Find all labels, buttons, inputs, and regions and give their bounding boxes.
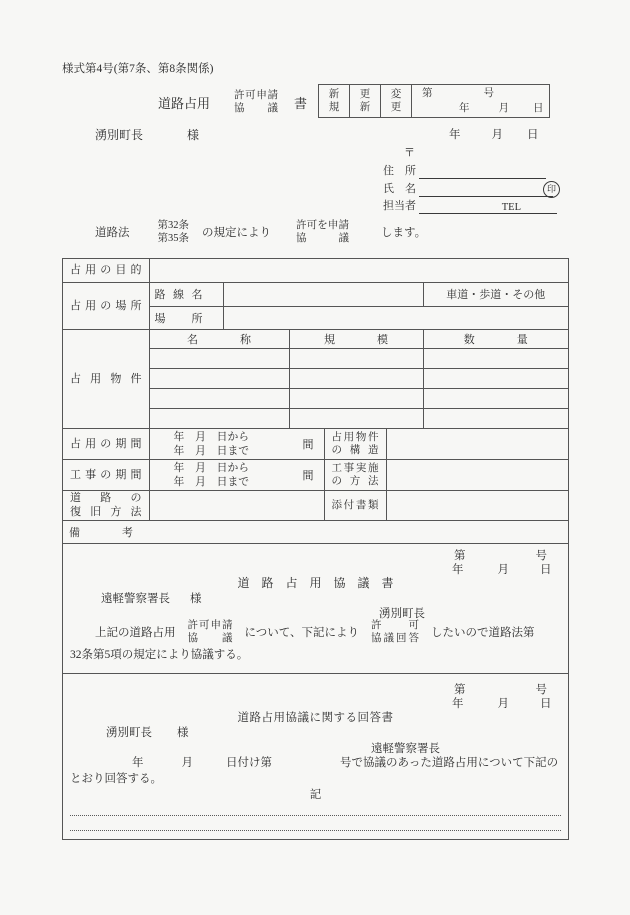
reply-section: 第号 年月日 道路占用協議に関する回答書 湧別町長様 遠軽警察署長 年月日付け第…: [63, 673, 568, 839]
structure-label-2: の構造: [325, 444, 386, 457]
structure-value-cell: [386, 428, 568, 459]
ki-heading: 記: [63, 786, 568, 802]
address-label: 住 所: [383, 164, 416, 179]
doc-year: 年: [459, 103, 470, 114]
sent-year: 年: [132, 757, 144, 769]
structure-label-cell: 占用物件の構造: [324, 428, 386, 459]
items-label-cell: 占用物件: [63, 329, 149, 428]
date-year-label: 年: [449, 129, 461, 141]
dotted-line: [70, 815, 561, 816]
date-month-label: 月: [492, 129, 504, 141]
declaration-suffix: します。: [381, 224, 426, 240]
consultation-sentence-wrap: 32条第5項の規定により協議する。: [70, 646, 248, 662]
document-page: 様式第4号(第7条、第8条関係) 道路占用 許可申請 協議 書 新規 更新 変更…: [0, 0, 630, 915]
main-form-box: 占用の目的 占用の場所 路線名 車道・歩道・その他 場所 占用物件 名称 規模 …: [62, 258, 569, 840]
stack1-top: 許可申請: [188, 619, 233, 632]
occupy-period-row: 占用の期間 年 月 日から年 月 日まで間 占用物件の構造: [63, 428, 568, 459]
police-chief-name: 遠軽警察署長: [101, 593, 170, 605]
reply-title: 道路占用協議に関する回答書: [63, 709, 568, 725]
item-qty-cell: [423, 348, 568, 368]
purpose-value-cell: [149, 259, 568, 282]
spot-label-cell: 場所: [149, 306, 223, 329]
mayor-honorific: 様: [177, 727, 189, 739]
doc-no-suffix: 号: [484, 88, 495, 99]
item-qty-cell: [423, 368, 568, 388]
attachments-value-cell: [386, 490, 568, 520]
stack1-bottom: 協議: [188, 632, 233, 645]
item-name-cell: [149, 348, 289, 368]
title-stack-top: 許可申請: [234, 89, 278, 102]
status-option-renew: 更新: [350, 85, 381, 117]
legal-declaration: 道路法 第32条 第35条 の規定により 許可を申請 協議 します。: [95, 218, 426, 246]
route-row: 占用の場所 路線名 車道・歩道・その他: [63, 282, 568, 306]
date-to: 年 月 日まで: [174, 475, 250, 489]
spot-label: 場所: [155, 310, 203, 326]
sentence-seg1: 上記の道路占用: [95, 624, 176, 640]
structure-label-1: 占用物件: [325, 431, 386, 444]
document-title: 道路占用 許可申請 協議 書: [158, 86, 307, 118]
stack2-bottom: 協議回答: [371, 632, 419, 645]
col-scale-header: 規模: [289, 329, 423, 348]
application-date-line: 年月日: [449, 126, 539, 142]
occupy-period-label-cell: 占用の期間: [63, 428, 149, 459]
name-label: 氏 名: [383, 182, 416, 197]
purpose-row: 占用の目的: [63, 259, 568, 282]
attachments-label: 添付書類: [325, 499, 386, 512]
route-label: 路線名: [155, 286, 203, 302]
application-type-box: 新規 更新 変更 第号 年月日: [318, 84, 550, 118]
status-option-new-label: 新規: [328, 88, 340, 114]
police-chief-line: 遠軽警察署長様: [101, 590, 202, 606]
law-name: 道路法: [95, 224, 130, 240]
item-qty-cell: [423, 408, 568, 428]
title-stack-bottom: 協議: [234, 102, 278, 115]
article-32: 第32条: [158, 219, 190, 232]
restore-row: 道路の復旧方法 添付書類: [63, 490, 568, 520]
addressee-name: 湧別町長: [95, 128, 143, 142]
place-label-cell: 占用の場所: [63, 282, 149, 329]
seal-icon: 印: [543, 181, 560, 198]
date-from: 年 月 日から: [174, 461, 250, 475]
staff-field: TEL: [419, 198, 557, 214]
permit-reply-stack: 許可 協議回答: [371, 619, 419, 645]
staff-label: 担当者: [383, 199, 416, 214]
sent-day-part: 日付け第: [226, 757, 272, 769]
item-name-cell: [149, 408, 289, 428]
article-35: 第35条: [158, 232, 190, 245]
route-value-cell: [223, 282, 423, 306]
restore-label-2: 復旧方法: [63, 505, 149, 519]
status-option-change-label: 変更: [390, 88, 402, 114]
restore-label-1: 道路の: [63, 491, 149, 505]
remarks-row: 備考: [63, 520, 568, 543]
action-consult: 協議: [296, 232, 349, 245]
sentence-seg3: したいので道路法第: [431, 624, 535, 640]
mayor-name: 湧別町長: [106, 727, 152, 739]
doc-month: 月: [499, 103, 510, 114]
consultation-title: 道路占用協議書: [63, 574, 568, 591]
item-qty-cell: [423, 388, 568, 408]
item-scale-cell: [289, 388, 423, 408]
col-name-header: 名称: [149, 329, 289, 348]
status-option-renew-label: 更新: [359, 88, 371, 114]
sent-month: 月: [182, 757, 194, 769]
title-suffix: 書: [294, 93, 307, 112]
police-chief-honorific: 様: [190, 593, 202, 605]
duration-label: 間: [303, 467, 314, 483]
stack2-top: 許可: [371, 619, 419, 632]
restore-value-cell: [149, 490, 324, 520]
document-number-cell: 第号 年月日: [412, 85, 549, 117]
items-header-row: 占用物件 名称 規模 数量: [63, 329, 568, 348]
restore-label-cell: 道路の復旧方法: [63, 490, 149, 520]
work-period-row: 工事の期間 年 月 日から年 月 日まで間 工事実施の方法: [63, 459, 568, 490]
mayor-addressee-line: 湧別町長様: [106, 724, 189, 740]
item-name-cell: [149, 368, 289, 388]
main-form-table: 占用の目的 占用の場所 路線名 車道・歩道・その他 場所 占用物件 名称 規模 …: [63, 259, 568, 543]
dotted-line: [70, 830, 561, 831]
doc-no-prefix: 第: [422, 88, 433, 99]
date-day-label: 日: [527, 129, 539, 141]
method-label-1: 工事実施: [325, 462, 386, 475]
remarks-label: 備考: [69, 524, 133, 540]
duration-label: 間: [303, 436, 314, 452]
status-option-change: 変更: [381, 85, 412, 117]
work-period-date-cell: 年 月 日から年 月 日まで間: [149, 459, 324, 490]
items-label: 占用物件: [63, 372, 149, 386]
permit-consult-stack: 許可申請 協議: [188, 619, 233, 645]
attachments-label-cell: 添付書類: [324, 490, 386, 520]
name-field: 印: [419, 181, 553, 197]
work-period-label: 工事の期間: [63, 468, 149, 482]
document-date-line: 年月日: [412, 101, 549, 116]
tel-label: TEL: [502, 202, 521, 213]
reply-sentence: 年月日付け第号で協議のあった道路占用について下記のとおり回答する。: [70, 755, 561, 787]
consultation-sentence: 上記の道路占用 許可申請 協議 について、下記により 許可 協議回答 したいので…: [95, 617, 535, 647]
item-scale-cell: [289, 408, 423, 428]
address-row: 住 所: [383, 163, 546, 179]
status-option-new: 新規: [319, 85, 350, 117]
postal-mark-icon: 〒: [404, 144, 415, 160]
spot-value-cell: [223, 306, 568, 329]
method-label-cell: 工事実施の方法: [324, 459, 386, 490]
item-scale-cell: [289, 348, 423, 368]
addressee-honorific: 様: [187, 128, 199, 142]
document-number-line: 第号: [412, 86, 549, 101]
article-stack: 第32条 第35条: [158, 219, 190, 245]
action-apply: 許可を申請: [296, 219, 349, 232]
occupy-period-date-cell: 年 月 日から年 月 日まで間: [149, 428, 324, 459]
method-label-2: の方法: [325, 475, 386, 488]
col-scale-label: 規模: [324, 331, 388, 347]
doc-day: 日: [533, 103, 544, 114]
work-period-label-cell: 工事の期間: [63, 459, 149, 490]
date-to: 年 月 日まで: [174, 444, 250, 458]
address-field: [419, 163, 546, 179]
police-chief-signature: 遠軽警察署長: [371, 740, 440, 756]
action-stack: 許可を申請 協議: [296, 219, 349, 245]
staff-row: 担当者TEL: [383, 198, 557, 214]
purpose-label: 占用の目的: [63, 263, 149, 277]
date-from: 年 月 日から: [174, 430, 250, 444]
declaration-middle: の規定により: [202, 224, 271, 240]
form-number: 様式第4号(第7条、第8条関係): [62, 60, 213, 76]
title-prefix: 道路占用: [158, 93, 210, 112]
col-qty-label: 数量: [464, 331, 528, 347]
item-name-cell: [149, 388, 289, 408]
remarks-cell: 備考: [63, 520, 568, 543]
item-scale-cell: [289, 368, 423, 388]
consultation-section: 第号 年月日 道路占用協議書 遠軽警察署長様 湧別町長 上記の道路占用 許可申請…: [63, 543, 568, 673]
occupy-period-label: 占用の期間: [63, 437, 149, 451]
sentence-seg2: について、下記により: [245, 624, 360, 640]
title-stack: 許可申請 協議: [234, 89, 278, 115]
addressee-line: 湧別町長様: [95, 126, 199, 143]
road-type-cell: 車道・歩道・その他: [423, 282, 568, 306]
purpose-label-cell: 占用の目的: [63, 259, 149, 282]
col-qty-header: 数量: [423, 329, 568, 348]
place-label: 占用の場所: [63, 299, 149, 313]
route-label-cell: 路線名: [149, 282, 223, 306]
method-value-cell: [386, 459, 568, 490]
col-name-label: 名称: [187, 331, 251, 347]
name-row: 氏 名印: [383, 181, 553, 197]
